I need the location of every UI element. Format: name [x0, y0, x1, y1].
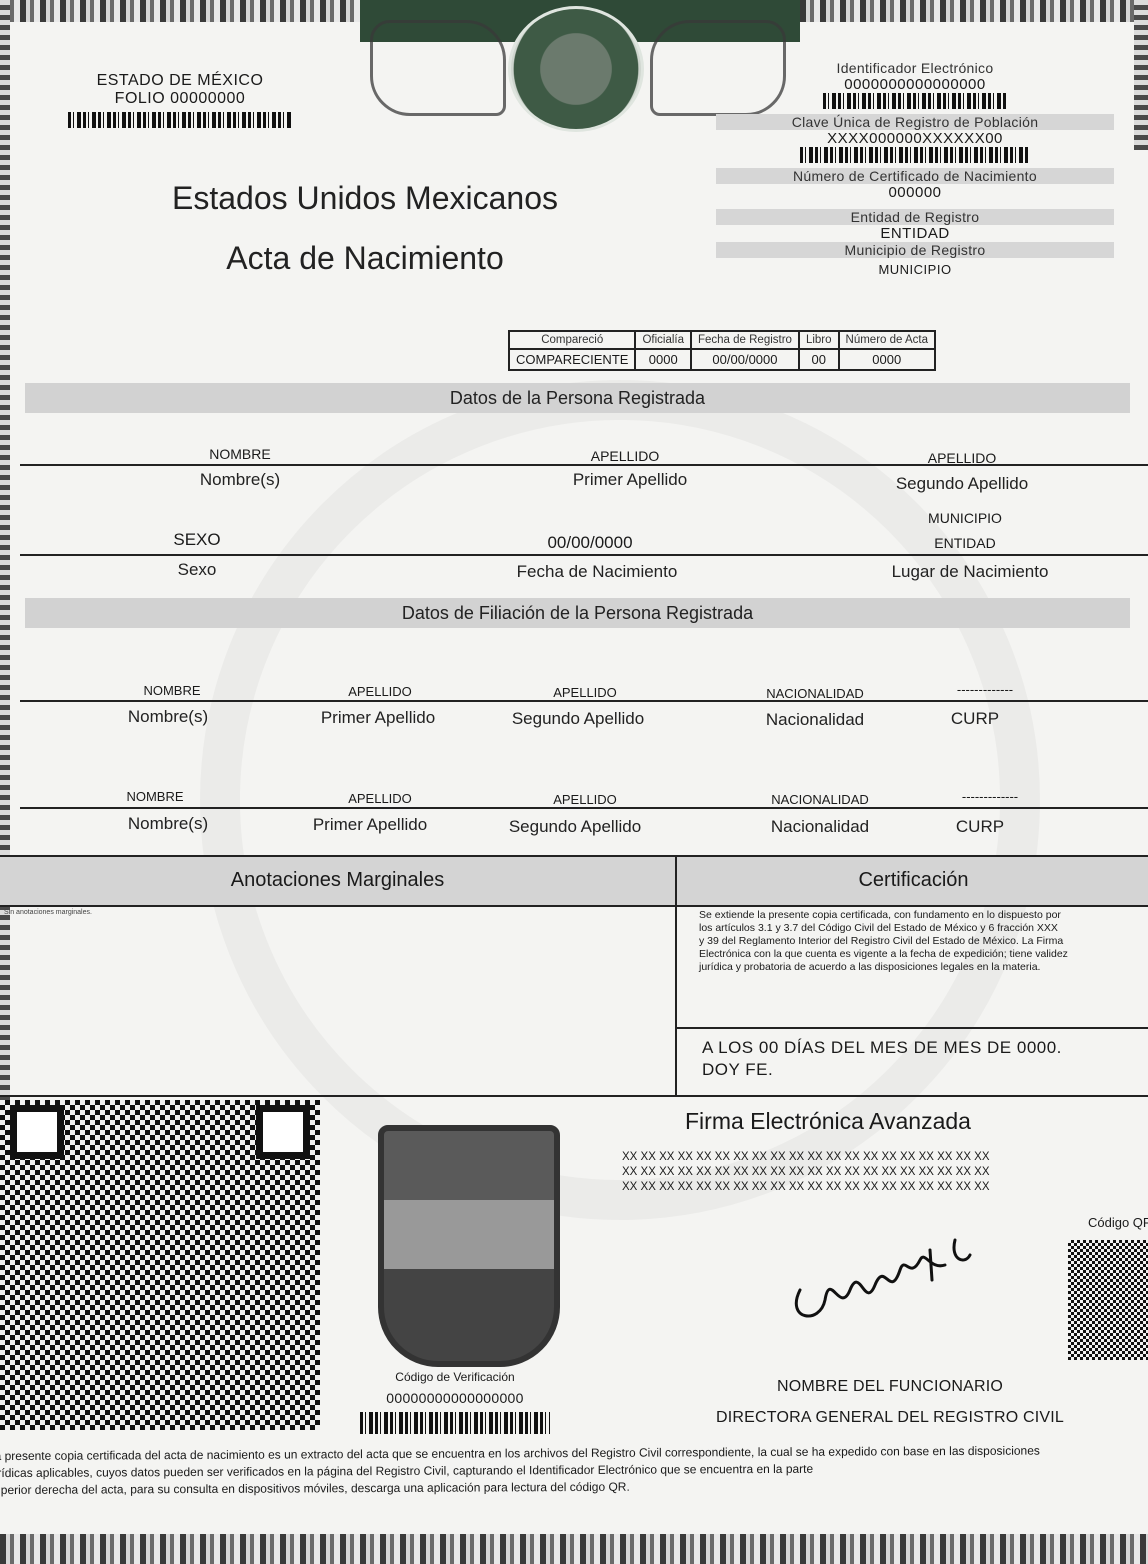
- label-parent2-second-surname: Segundo Apellido: [475, 817, 675, 837]
- col-header: Número de Acta: [839, 331, 935, 349]
- decorative-border-bottom: [0, 1534, 1148, 1564]
- col-header: Oficialía: [635, 331, 691, 349]
- label-parent2-first-surname: Primer Apellido: [270, 815, 470, 835]
- label-parent1-nationality: Nacionalidad: [715, 710, 915, 730]
- col-header: Fecha de Registro: [691, 331, 799, 349]
- verification-block: Código de Verificación 00000000000000000: [345, 1370, 565, 1439]
- annotations-box: Anotaciones Marginales Sin anotaciones m…: [0, 855, 677, 1097]
- label-parent1-given-names: Nombre(s): [68, 707, 268, 727]
- state-name: ESTADO DE MÉXICO: [60, 72, 300, 90]
- divider: [20, 464, 1148, 466]
- divider: [20, 700, 1148, 702]
- table-cell: 0000: [635, 349, 691, 370]
- field-birth-date: 00/00/0000: [490, 533, 690, 553]
- label-given-names: Nombre(s): [140, 470, 340, 490]
- signer-name: NOMBRE DEL FUNCIONARIO: [690, 1378, 1090, 1396]
- registration-table: Compareció Oficialía Fecha de Registro L…: [508, 330, 936, 371]
- certification-box: Certificación Se extiende la presente co…: [675, 855, 1148, 1097]
- document-title: Acta de Nacimiento: [100, 240, 630, 277]
- signature-title: Firma Electrónica Avanzada: [685, 1108, 971, 1135]
- table-cell: COMPARECIENTE: [509, 349, 635, 370]
- table-cell: 0000: [839, 349, 935, 370]
- label-parent1-first-surname: Primer Apellido: [278, 708, 478, 728]
- qr-code-label: Código QR: [1088, 1215, 1148, 1230]
- verification-barcode: [360, 1412, 550, 1434]
- curp-value: XXXX000000XXXXXX00: [710, 130, 1120, 147]
- label-parent2-nationality: Nacionalidad: [720, 817, 920, 837]
- section-registered-person: Datos de la Persona Registrada: [25, 383, 1130, 413]
- label-parent1-curp: CURP: [925, 709, 1025, 729]
- label-sex: Sexo: [97, 560, 297, 580]
- table-cell: 00: [799, 349, 839, 370]
- footer-legal-note: La presente copia certificada del acta d…: [0, 1442, 1148, 1499]
- entity-value: ENTIDAD: [710, 225, 1120, 242]
- decorative-border-right: [1134, 0, 1148, 150]
- certification-text: Se extiende la presente copia certificad…: [677, 907, 1148, 1027]
- field-sex: SEXO: [97, 530, 297, 550]
- parent2-given-names: NOMBRE: [55, 789, 255, 804]
- folio-barcode: [68, 112, 293, 128]
- certification-title: Certificación: [677, 857, 1148, 907]
- annotations-note: Sin anotaciones marginales.: [0, 907, 675, 918]
- signature-hash: XX XX XX XX XX XX XX XX XX XX XX XX XX X…: [622, 1150, 1102, 1195]
- signer-role: DIRECTORA GENERAL DEL REGISTRO CIVIL: [690, 1409, 1090, 1427]
- parent1-given-names: NOMBRE: [72, 683, 272, 698]
- field-given-names: NOMBRE: [140, 446, 340, 462]
- certificate-label: Número de Certificado de Nacimiento: [716, 168, 1114, 184]
- folio-block: ESTADO DE MÉXICO FOLIO 00000000: [60, 72, 300, 133]
- parent1-second-surname: APELLIDO: [485, 685, 685, 700]
- curp-label: Clave Única de Registro de Población: [716, 114, 1114, 130]
- document-country: Estados Unidos Mexicanos: [100, 180, 630, 217]
- field-birth-place: MUNICIPIO ENTIDAD: [840, 510, 1090, 551]
- municipality-value: MUNICIPIO: [710, 262, 1120, 277]
- label-parent2-given-names: Nombre(s): [68, 814, 268, 834]
- certification-date: A LOS 00 DÍAS DEL MES DE MES DE 0000. DO…: [677, 1027, 1148, 1089]
- label-birth-place: Lugar de Nacimiento: [845, 562, 1095, 582]
- qr-code-large: [0, 1100, 322, 1430]
- ornament-left-icon: [370, 20, 506, 116]
- parent1-nationality: NACIONALIDAD: [715, 686, 915, 701]
- col-header: Compareció: [509, 331, 635, 349]
- curp-barcode: [800, 147, 1030, 163]
- label-birth-date: Fecha de Nacimiento: [497, 562, 697, 582]
- municipality-label: Municipio de Registro: [716, 242, 1114, 258]
- electronic-id-value: 0000000000000000: [710, 76, 1120, 93]
- section-filiation: Datos de Filiación de la Persona Registr…: [25, 598, 1130, 628]
- annotations-title: Anotaciones Marginales: [0, 857, 675, 907]
- label-parent1-second-surname: Segundo Apellido: [478, 709, 678, 729]
- parent2-curp: -------------: [935, 789, 1045, 804]
- divider: [20, 554, 1148, 556]
- label-parent2-curp: CURP: [930, 817, 1030, 837]
- qr-code-small: [1068, 1240, 1148, 1360]
- field-first-surname: APELLIDO: [525, 448, 725, 464]
- certificate-value: 000000: [710, 184, 1120, 201]
- parent2-second-surname: APELLIDO: [485, 792, 685, 807]
- national-seal-icon: [508, 6, 644, 132]
- entity-label: Entidad de Registro: [716, 209, 1114, 225]
- label-first-surname: Primer Apellido: [530, 470, 730, 490]
- state-coat-of-arms-icon: [378, 1125, 560, 1367]
- parent2-nationality: NACIONALIDAD: [720, 792, 920, 807]
- identifier-panel: Identificador Electrónico 00000000000000…: [710, 60, 1120, 277]
- parent2-first-surname: APELLIDO: [280, 791, 480, 806]
- handwritten-signature-icon: [780, 1230, 980, 1330]
- col-header: Libro: [799, 331, 839, 349]
- electronic-id-label: Identificador Electrónico: [710, 60, 1120, 76]
- electronic-id-barcode: [823, 93, 1008, 109]
- label-second-surname: Segundo Apellido: [862, 474, 1062, 494]
- divider: [20, 807, 1148, 809]
- table-cell: 00/00/0000: [691, 349, 799, 370]
- parent1-first-surname: APELLIDO: [280, 684, 480, 699]
- parent1-curp: -------------: [930, 682, 1040, 697]
- folio-number: FOLIO 00000000: [60, 90, 300, 108]
